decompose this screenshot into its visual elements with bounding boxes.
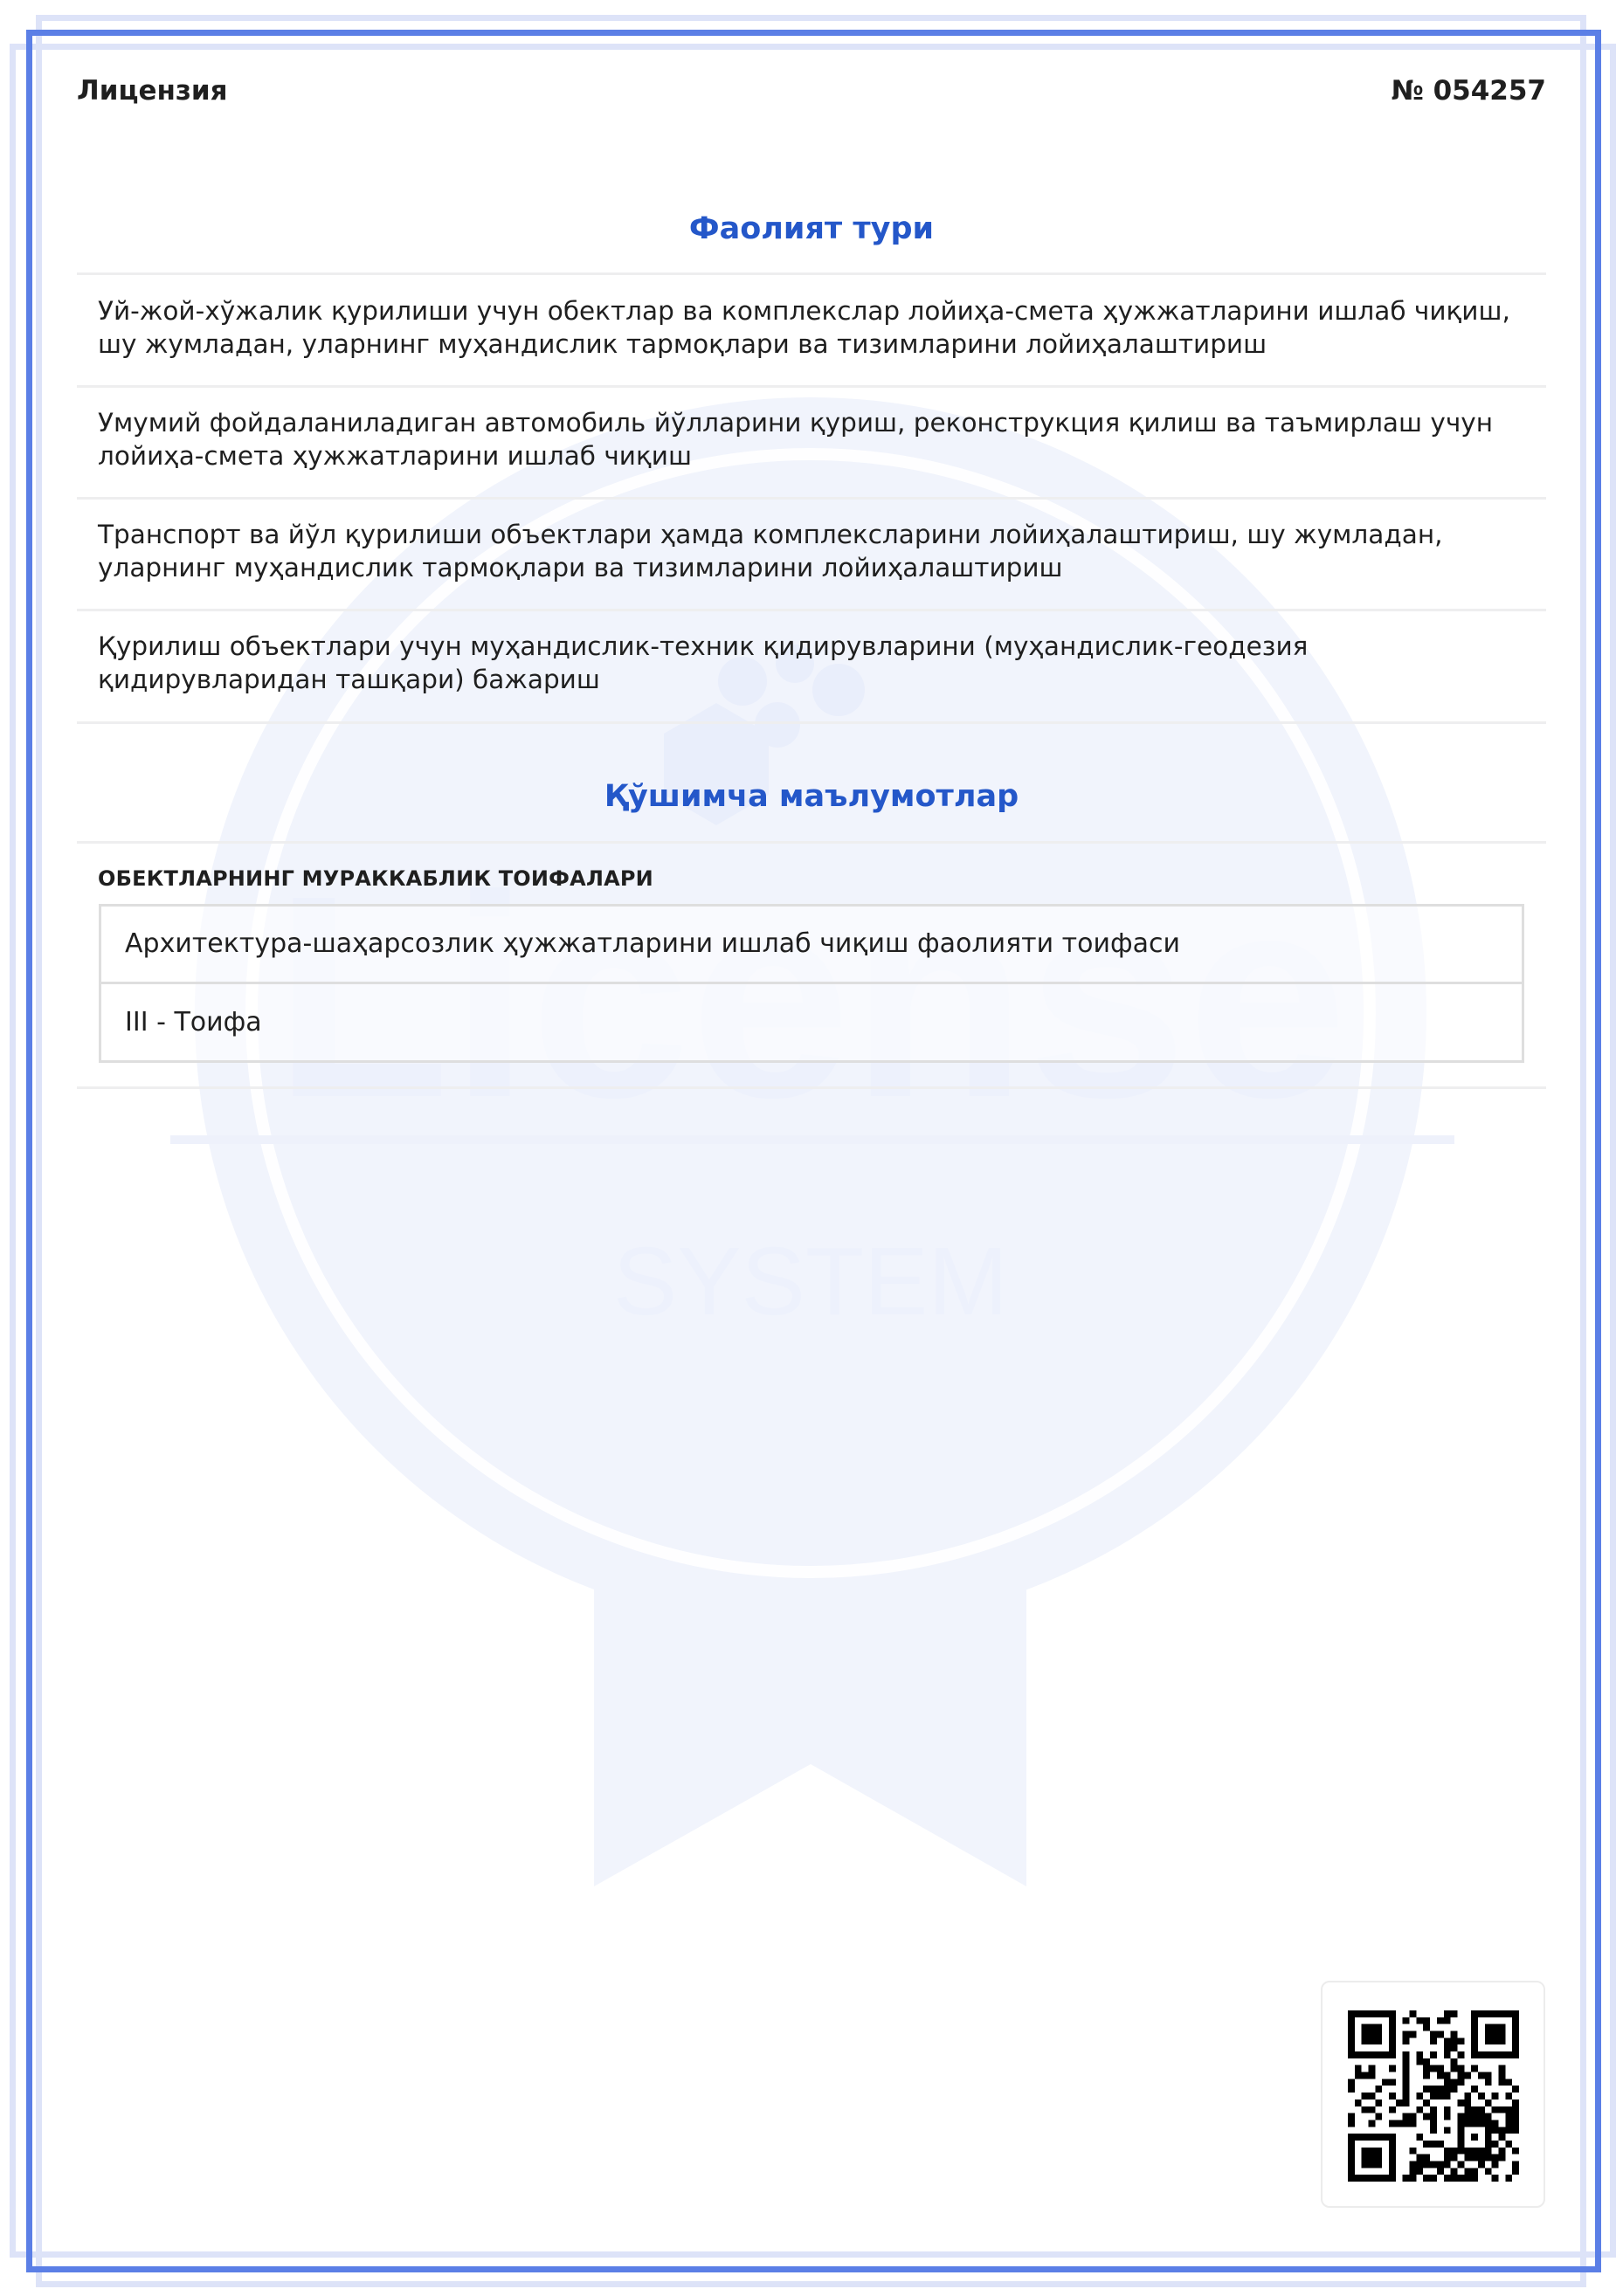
- qr-code-box: [1321, 1981, 1545, 2208]
- activity-item: Қурилиш объектлари учун муҳандислик-техн…: [98, 630, 1530, 696]
- divider: [77, 1086, 1546, 1089]
- license-number: № 054257: [1391, 75, 1546, 107]
- divider: [77, 385, 1546, 388]
- complexity-categories-label: ОБЕКТЛАРНИНГ МУРАККАБЛИК ТОИФАЛАРИ: [98, 866, 653, 891]
- activity-item: Транспорт ва йўл қурилиши объектлари ҳам…: [98, 518, 1530, 584]
- table-row: III - Тоифа: [101, 984, 1522, 1061]
- divider: [77, 841, 1546, 844]
- divider: [77, 721, 1546, 724]
- table-row: Архитектура-шаҳарсозлик ҳужжатларини ишл…: [101, 907, 1522, 984]
- additional-section-title: Қўшимча маълумотлар: [77, 777, 1546, 816]
- activity-item: Умумий фойдаланиладиган автомобиль йўлла…: [98, 406, 1530, 472]
- divider: [77, 497, 1546, 500]
- divider: [77, 609, 1546, 611]
- qr-code-icon: [1348, 2010, 1519, 2182]
- complexity-table: Архитектура-шаҳарсозлик ҳужжатларини ишл…: [99, 904, 1524, 1063]
- document-frame: [26, 30, 1601, 2272]
- activity-section-title: Фаолият тури: [77, 210, 1546, 248]
- activity-item: Уй-жой-хўжалик қурилиши учун обектлар ва…: [98, 294, 1530, 361]
- document-type: Лицензия: [77, 75, 228, 107]
- divider: [77, 272, 1546, 275]
- document-header: Лицензия № 054257: [77, 75, 1546, 114]
